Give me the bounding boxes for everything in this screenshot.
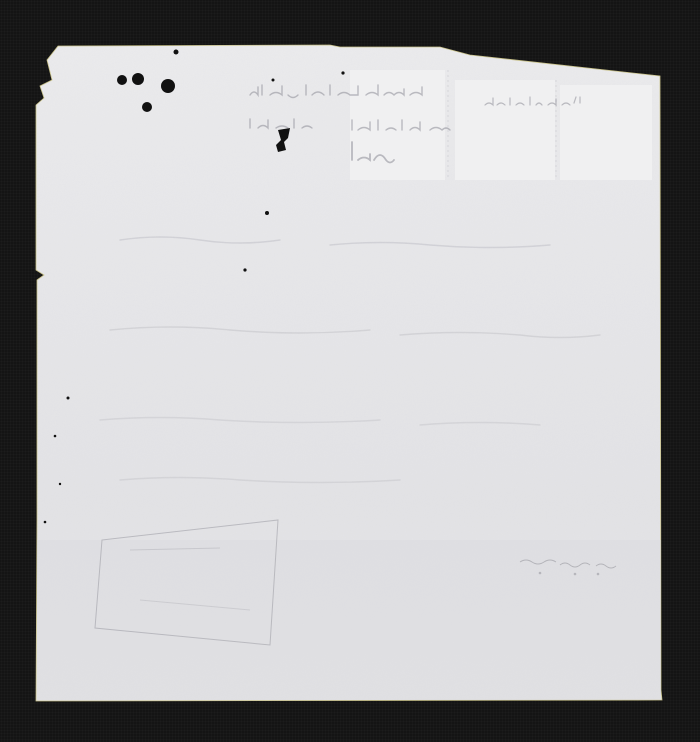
scanned-document: Arabic show-through text (illegible) Ara… bbox=[0, 0, 700, 742]
paper-sheet bbox=[0, 0, 700, 742]
